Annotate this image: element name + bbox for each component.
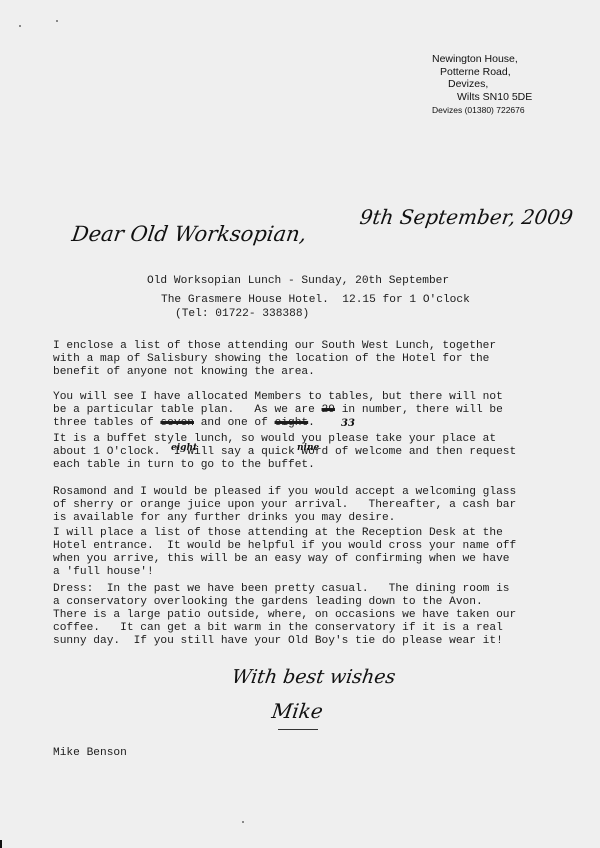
struck-seven: seven (160, 417, 194, 429)
typed-signature: Mike Benson (53, 747, 127, 760)
event-venue: The Grasmere House Hotel. 12.15 for 1 O'… (161, 294, 470, 307)
sender-address: Newington House, Potterne Road, Devizes,… (432, 53, 532, 117)
salutation: Dear Old Worksopian, (70, 222, 308, 246)
event-phone: (Tel: 01722- 338388) (175, 308, 309, 321)
handwritten-signature: Mike (270, 699, 324, 723)
tables-line-3c: . (308, 417, 315, 429)
correction-count: 33 (341, 418, 355, 429)
handwritten-date: 9th September, 2009 (358, 205, 574, 229)
scan-edge-mark (0, 840, 2, 848)
scan-speck (242, 821, 244, 823)
handwritten-closing: With best wishes (230, 666, 396, 688)
paragraph-tables: You will see I have allocated Members to… (53, 391, 573, 430)
address-line-1: Newington House, (432, 53, 532, 66)
event-title: Old Worksopian Lunch - Sunday, 20th Sept… (147, 275, 449, 288)
scan-speck (56, 20, 58, 22)
paragraph-dress: Dress: In the past we have been pretty c… (53, 583, 573, 648)
scan-speck (19, 25, 21, 27)
tables-line-2a: be a particular table plan. As we are (53, 404, 322, 416)
paragraph-drinks: Rosamond and I would be pleased if you w… (53, 486, 573, 525)
paragraph-buffet: It is a buffet style lunch, so would you… (53, 433, 573, 472)
tables-line-3b: and one of (194, 417, 275, 429)
address-line-3: Devizes, (448, 78, 532, 91)
address-line-4: Wilts SN10 5DE (457, 91, 532, 104)
tables-line-3a: three tables of (53, 417, 160, 429)
struck-eight: eight (275, 417, 309, 429)
signature-underline (278, 729, 318, 730)
paragraph-reception: I will place a list of those attending a… (53, 527, 573, 579)
address-line-2: Potterne Road, (440, 66, 532, 79)
tables-line-1: You will see I have allocated Members to… (53, 391, 503, 403)
struck-count: 29 (322, 404, 335, 416)
paragraph-enclosure: I enclose a list of those attending our … (53, 340, 573, 379)
sender-phone: Devizes (01380) 722676 (432, 104, 532, 117)
tables-line-2b: in number, there will be (335, 404, 503, 416)
